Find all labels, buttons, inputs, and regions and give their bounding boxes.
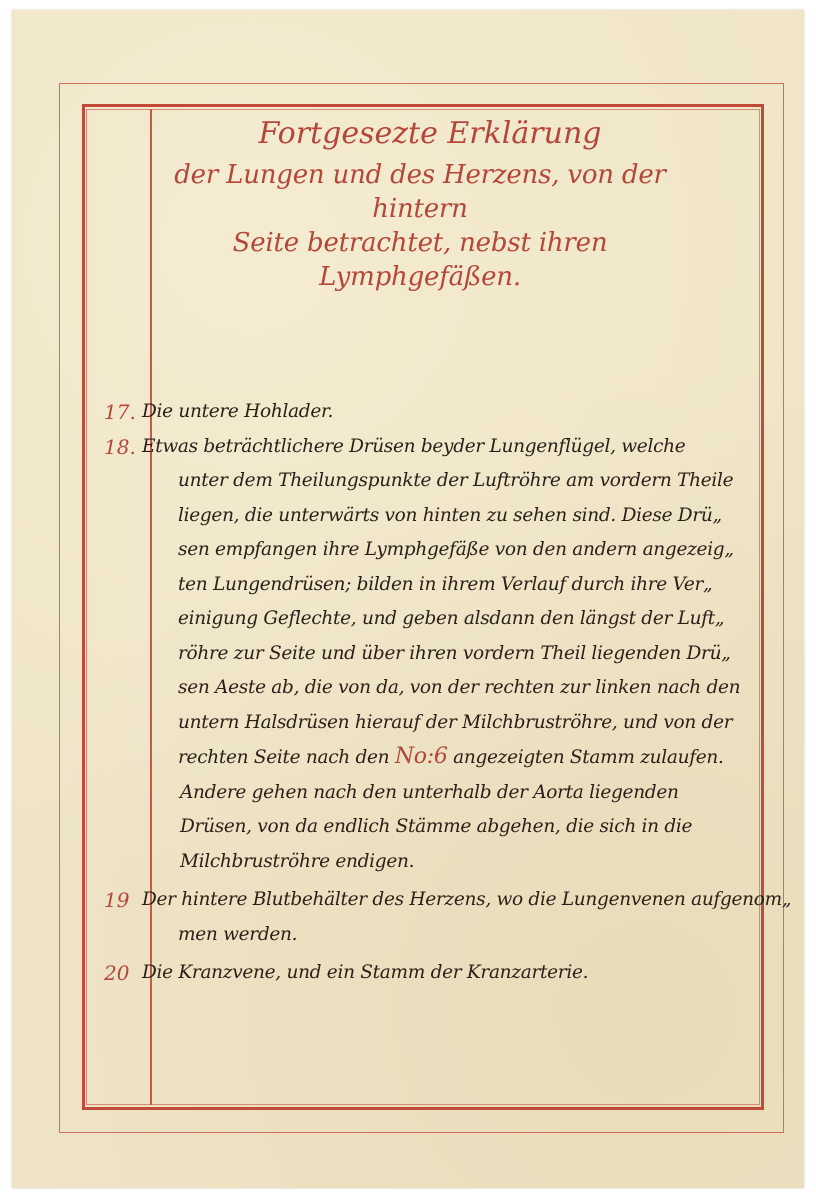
entry-number: 17. (104, 395, 138, 429)
entry-text-line: sen Aeste ab, die von da, von der rechte… (100, 671, 750, 706)
entry-text-line: Die Kranzvene, und ein Stamm der Kranzar… (100, 956, 750, 991)
figure-reference-number: No:6 (395, 744, 448, 769)
entry-text-line: Etwas beträchtlichere Drüsen beyder Lung… (100, 430, 750, 465)
entry-18: 18. Etwas beträchtlichere Drüsen beyder … (100, 430, 750, 880)
entry-text-line: ten Lungendrüsen; bilden in ihrem Verlau… (100, 568, 750, 603)
title-line-2: der Lungen und des Herzens, von der hint… (140, 158, 700, 226)
entry-text-line: men werden. (100, 918, 750, 953)
entry-number: 19 (104, 883, 138, 917)
entry-text-line: röhre zur Seite und über ihren vordern T… (100, 637, 750, 672)
text-after-reference: angezeigten Stamm zulaufen. (448, 747, 724, 768)
entry-17: 17. Die untere Hohlader. (100, 395, 750, 430)
title-line-3: Seite betrachtet, nebst ihren Lymphgefäß… (140, 226, 700, 294)
entry-19: 19 Der hintere Blutbehälter des Herzens,… (100, 883, 750, 952)
entry-text-line: sen empfangen ihre Lymphgefäße von den a… (100, 533, 750, 568)
entry-text-line: Der hintere Blutbehälter des Herzens, wo… (100, 883, 750, 918)
title-line-1: Fortgesezte Erklärung (160, 110, 700, 158)
entry-text-line-with-reference: rechten Seite nach den No:6 angezeigten … (100, 740, 750, 776)
entry-text-line: untern Halsdrüsen hierauf der Milchbrust… (100, 706, 750, 741)
entry-text-line: einigung Geflechte, und geben alsdann de… (100, 602, 750, 637)
text-before-reference: rechten Seite nach den (178, 747, 395, 768)
page-title: Fortgesezte Erklärung der Lungen und des… (140, 110, 700, 294)
entry-text-line: unter dem Theilungspunkte der Luftröhre … (100, 464, 750, 499)
entry-text-line: liegen, die unterwärts von hinten zu seh… (100, 499, 750, 534)
entry-number: 20 (104, 956, 138, 990)
entry-20: 20 Die Kranzvene, und ein Stamm der Kran… (100, 956, 750, 991)
entry-text-line: Andere gehen nach den unterhalb der Aort… (100, 776, 750, 811)
entry-list: 17. Die untere Hohlader. 18. Etwas beträ… (100, 395, 750, 991)
entry-text-line: Drüsen, von da endlich Stämme abgehen, d… (100, 810, 750, 845)
entry-number: 18. (104, 430, 138, 464)
entry-text-line: Milchbruströhre endigen. (100, 845, 750, 880)
entry-text-line: Die untere Hohlader. (100, 395, 750, 430)
